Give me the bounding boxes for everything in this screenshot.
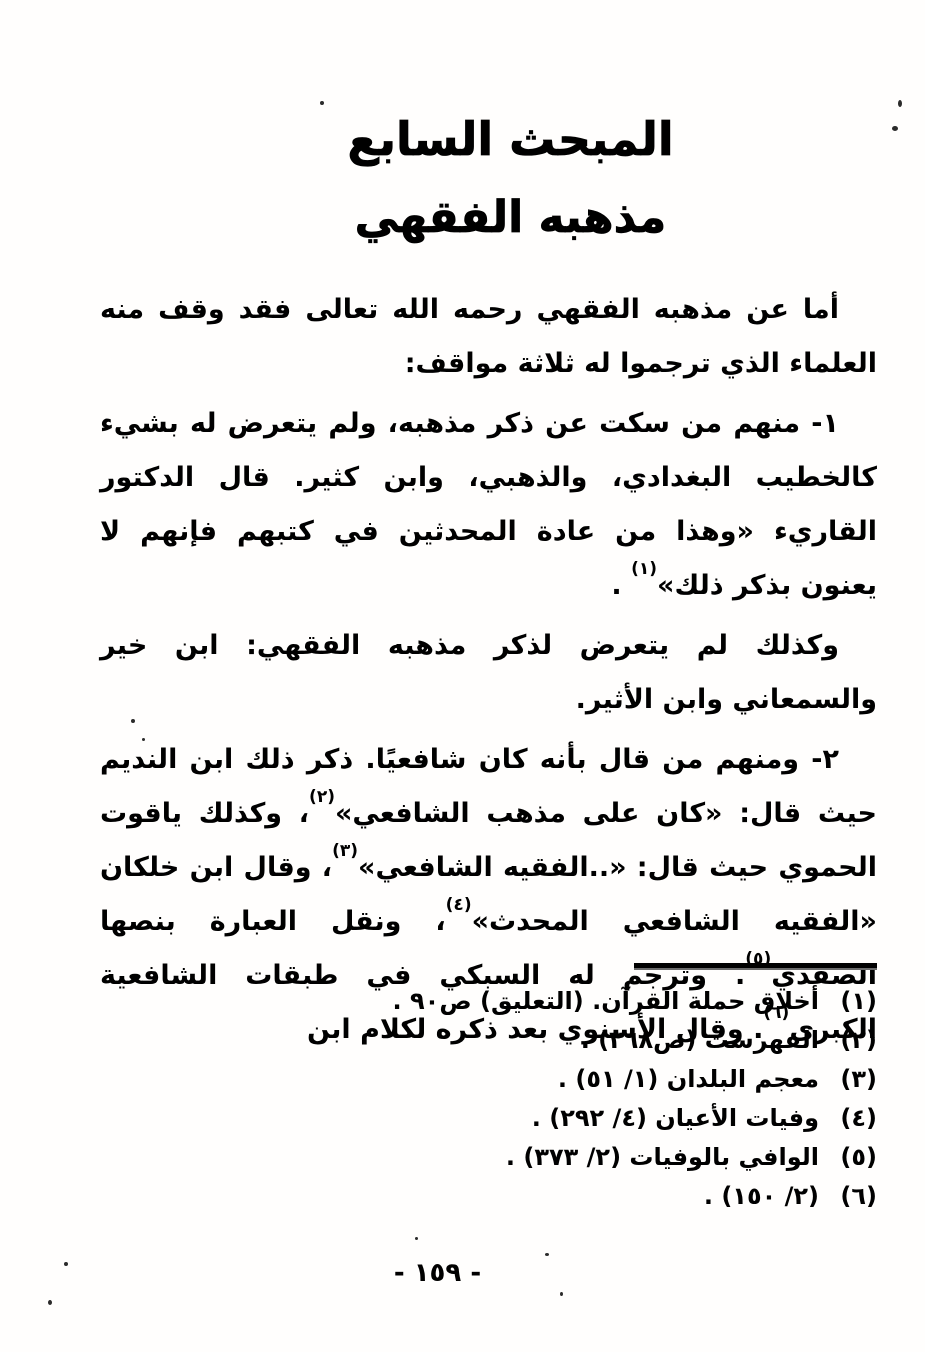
section-subtitle: مذهبه الفقهي [48, 192, 925, 243]
footnote-row: (٦) (٢/ ١٥٠) . [100, 1177, 877, 1216]
scan-speck [320, 101, 324, 105]
footnotes-block: (١) أخلاق حملة القرآن. (التعليق) ص٩٠ . (… [100, 982, 877, 1216]
scan-speck [545, 1253, 549, 1256]
heading-block: المبحث السابع مذهبه الفقهي [48, 112, 925, 243]
scan-speck [131, 719, 135, 723]
footnote-marker: (٣) [332, 841, 358, 861]
paragraph-point-1: ١- منهم من سكت عن ذكر مذهبه، ولم يتعرض ل… [100, 397, 877, 613]
scan-speck [142, 738, 145, 741]
scanned-book-page: المبحث السابع مذهبه الفقهي أما عن مذهبه … [0, 0, 925, 1352]
scan-speck [415, 1237, 418, 1240]
scan-speck [48, 1300, 52, 1305]
footnote-row: (٢) الفهرست (ص٢٦٨) . [100, 1021, 877, 1060]
footnote-number: (٤) [833, 1099, 877, 1138]
footnote-number: (٦) [833, 1177, 877, 1216]
footnote-text: (٢/ ١٥٠) . [704, 1177, 819, 1216]
footnote-row: (٤) وفيات الأعيان (٤/ ٢٩٢) . [100, 1099, 877, 1138]
paragraph-point-1b: وكذلك لم يتعرض لذكر مذهبه الفقهي: ابن خي… [100, 619, 877, 727]
scan-speck [560, 1292, 563, 1296]
footnote-text: معجم البلدان (١/ ٥١) . [558, 1060, 819, 1099]
footnote-row: (٣) معجم البلدان (١/ ٥١) . [100, 1060, 877, 1099]
body-text: أما عن مذهبه الفقهي رحمه الله تعالى فقد … [100, 283, 877, 1063]
scan-speck [898, 100, 902, 107]
page-number: - ١٥٩ - [0, 1258, 900, 1288]
footnote-text: الفهرست (ص٢٦٨) . [581, 1021, 819, 1060]
footnote-text: الوافي بالوفيات (٢/ ٣٧٣) . [506, 1138, 819, 1177]
footnote-row: (٥) الوافي بالوفيات (٢/ ٣٧٣) . [100, 1138, 877, 1177]
scan-speck [64, 1262, 68, 1266]
footnote-marker: (١) [631, 559, 657, 579]
footnote-row: (١) أخلاق حملة القرآن. (التعليق) ص٩٠ . [100, 982, 877, 1021]
footnote-text: أخلاق حملة القرآن. (التعليق) ص٩٠ . [393, 982, 819, 1021]
scan-speck [892, 126, 898, 131]
paragraph-intro: أما عن مذهبه الفقهي رحمه الله تعالى فقد … [100, 283, 877, 391]
footnote-text: وفيات الأعيان (٤/ ٢٩٢) . [532, 1099, 819, 1138]
footnote-number: (١) [833, 982, 877, 1021]
footnote-marker: (٢) [309, 787, 335, 807]
footnote-number: (٥) [833, 1138, 877, 1177]
footnote-marker: (٤) [446, 895, 472, 915]
footnote-number: (٢) [833, 1021, 877, 1060]
footnote-separator-rule [634, 963, 877, 970]
section-title: المبحث السابع [48, 112, 925, 166]
footnote-number: (٣) [833, 1060, 877, 1099]
